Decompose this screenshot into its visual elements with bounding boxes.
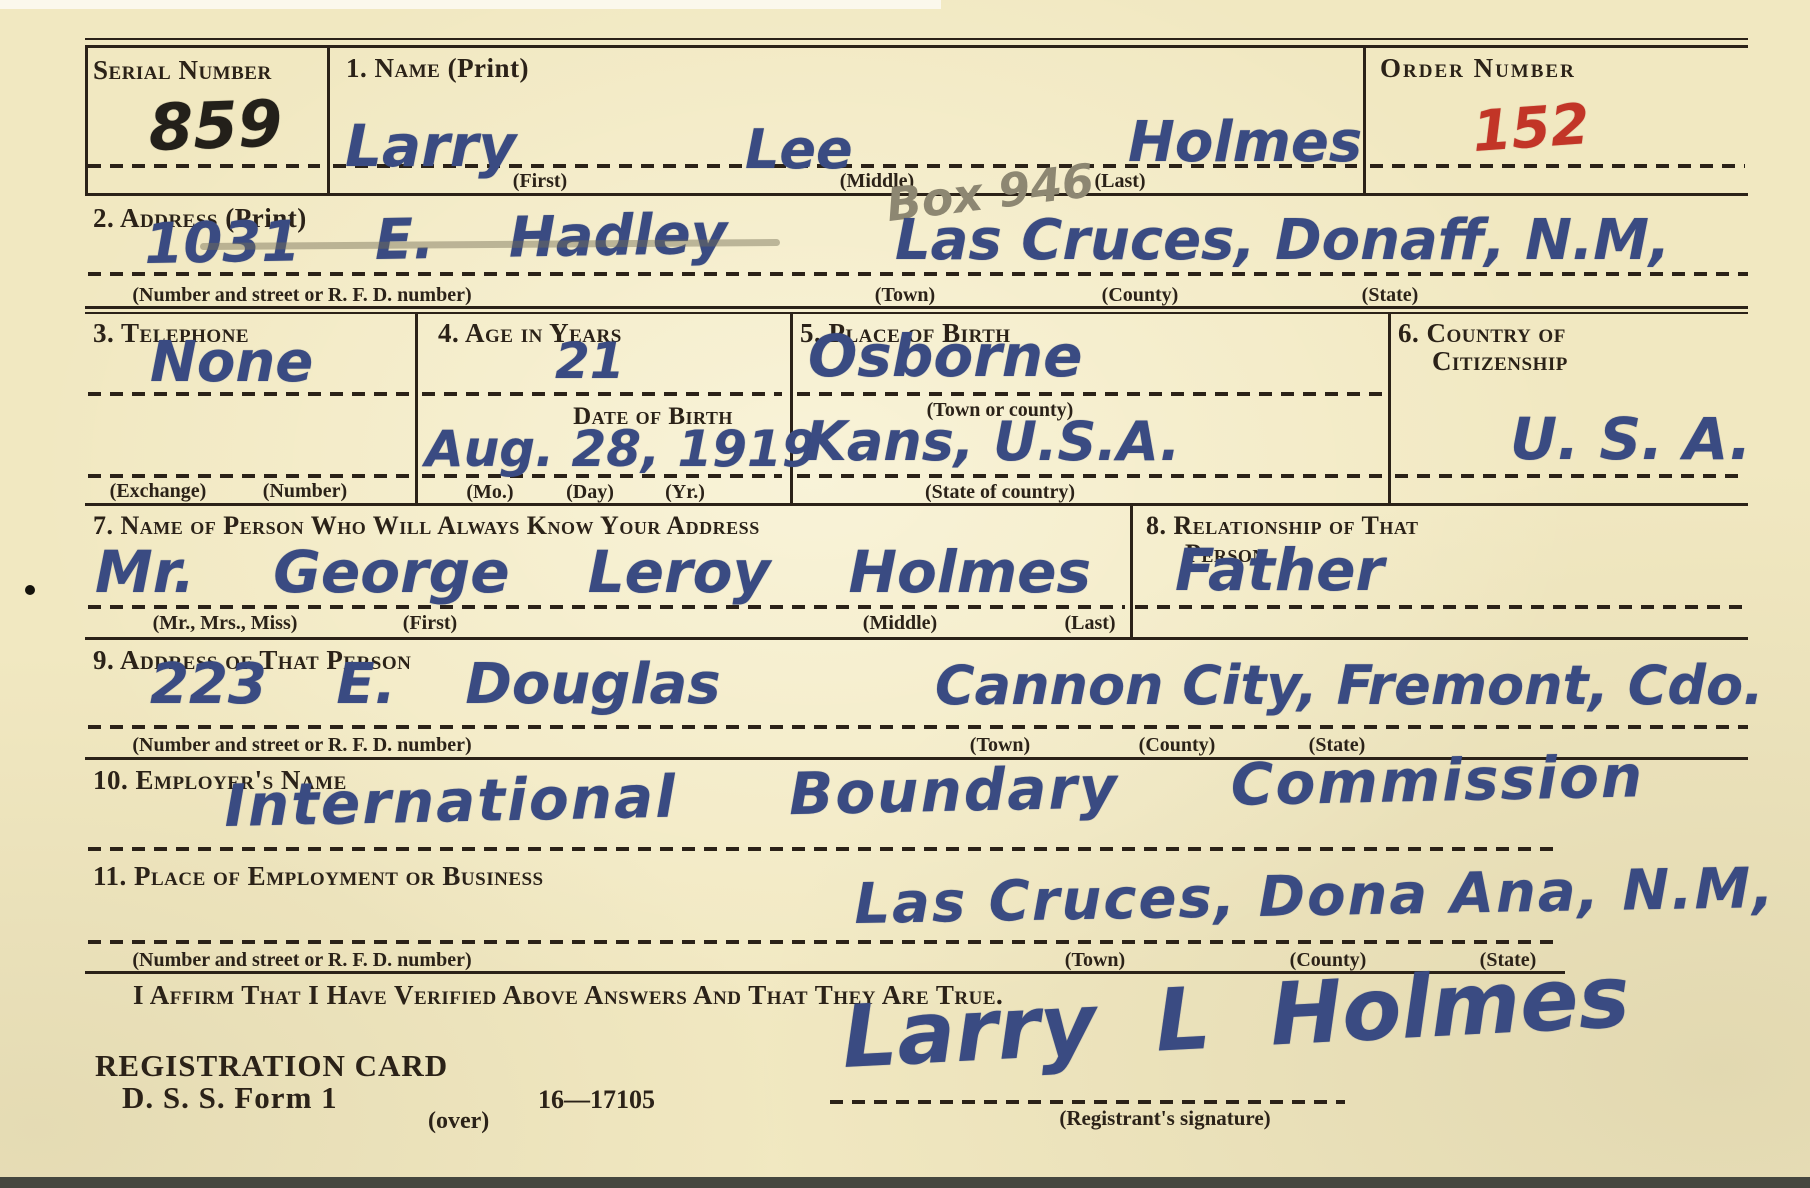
name-field-label: 1. Name (Print): [346, 53, 529, 84]
relationship-fill-line: [1135, 605, 1745, 609]
employment-place-field-number: 11.: [93, 861, 127, 891]
contact-field-label: 7. Name of Person Who Will Always Know Y…: [93, 511, 760, 541]
citizenship-value: U. S. A.: [1510, 405, 1751, 473]
serial-number-label: Serial Number: [93, 55, 272, 86]
birthdate-sub-year: (Yr.): [665, 481, 705, 504]
contact-name-value: Mr. George Leroy Holmes: [95, 538, 1091, 606]
contact-address-street-value: 223 E. Douglas: [150, 652, 721, 717]
address-field-number: 2.: [93, 203, 114, 233]
citizenship-field-number: 6.: [1398, 318, 1419, 348]
employer-field-number: 10.: [93, 765, 128, 795]
over-note: (over): [428, 1108, 489, 1135]
name-sub-first: (First): [513, 170, 567, 193]
employment-place-fill-line: [88, 940, 1558, 944]
top-double-rule-1: [85, 38, 1748, 40]
birthdate-value: Aug. 28, 1919: [425, 420, 817, 478]
birthplace-sub-state: (State of country): [925, 481, 1075, 504]
age-fill-line: [422, 392, 782, 396]
telephone-field-number: 3.: [93, 318, 114, 348]
name-field-number: 1.: [346, 53, 367, 83]
citizenship-fill-line: [1395, 474, 1745, 478]
address-town-county-state-value: Las Cruces, Donaff, N.M,: [895, 208, 1670, 273]
row7-bottom-rule: [85, 637, 1748, 640]
contact-sub-title: (Mr., Mrs., Miss): [153, 612, 298, 635]
birthplace-town-fill-line: [797, 392, 1382, 396]
name-order-divider: [1363, 45, 1366, 193]
telephone-sub-number: (Number): [263, 480, 347, 503]
citizenship-field-label-line1: 6. Country of: [1398, 318, 1566, 349]
print-code: 16—17105: [538, 1085, 655, 1115]
contact-address-town-county-state-value: Cannon City, Fremont, Cdo.: [935, 654, 1764, 717]
name-last-value: Holmes: [1128, 110, 1362, 175]
age-field-number: 4.: [438, 318, 459, 348]
telephone-sub-exchange: (Exchange): [110, 480, 207, 503]
address-sub-town: (Town): [875, 284, 935, 307]
relationship-value: Father: [1175, 536, 1384, 604]
contact-field-text: Name of Person Who Will Always Know Your…: [121, 511, 760, 540]
ink-dot: [25, 585, 35, 595]
employment-place-value: Las Cruces, Dona Ana, N.M,: [854, 856, 1776, 937]
birthplace-state-fill-line: [797, 474, 1382, 478]
employment-place-sub-street: (Number and street or R. F. D. number): [132, 949, 471, 972]
contact-sub-first: (First): [403, 612, 457, 635]
serial-fill-line: [88, 164, 320, 168]
birthdate-sub-day: (Day): [566, 481, 614, 504]
contact-sub-last: (Last): [1064, 612, 1115, 635]
address-sub-street: (Number and street or R. F. D. number): [132, 284, 471, 307]
contact-address-field-number: 9.: [93, 645, 114, 675]
name-first-value: Larry: [345, 112, 516, 180]
scan-top-edge: [0, 0, 941, 9]
age-value: 21: [555, 332, 625, 390]
telephone-fill-line-2: [88, 474, 410, 478]
employment-place-field-text: Place of Employment or Business: [134, 861, 544, 891]
registration-card-title: REGISTRATION CARD: [95, 1048, 448, 1084]
serial-name-divider: [327, 45, 330, 193]
telephone-value: None: [150, 330, 313, 395]
address-sub-state: (State): [1362, 284, 1419, 307]
order-number-label: Order Number: [1380, 53, 1576, 84]
contact-address-sub-street: (Number and street or R. F. D. number): [132, 734, 471, 757]
address-sub-county: (County): [1102, 284, 1179, 307]
row1-left-border: [85, 45, 88, 193]
birthplace-state-value: Kans, U.S.A.: [805, 410, 1180, 473]
birthplace-town-value: Osborne: [808, 322, 1082, 390]
employer-fill-line: [88, 847, 1555, 851]
signature-sub-label: (Registrant's signature): [1059, 1106, 1270, 1131]
signature-fill-line: [830, 1100, 1345, 1104]
registrant-signature: Larry L Holmes: [840, 947, 1632, 1088]
scan-bottom-edge: [0, 1177, 1810, 1188]
telephone-age-divider: [415, 312, 418, 503]
form-number: D. S. S. Form 1: [122, 1080, 338, 1116]
name-field-text: Name: [375, 53, 441, 83]
registration-card: Serial Number 1. Name (Print) Order Numb…: [0, 0, 1810, 1188]
row2-double-rule-2: [85, 312, 1748, 314]
order-number-value: 152: [1470, 92, 1591, 165]
employment-place-field-label: 11. Place of Employment or Business: [93, 861, 544, 892]
name-middle-value: Lee: [745, 118, 853, 181]
name-field-suffix: (Print): [448, 53, 529, 83]
citizenship-field-label-line2: Citizenship: [1432, 346, 1568, 377]
order-fill-line: [1370, 164, 1745, 168]
row3-bottom-rule: [85, 503, 1748, 506]
top-double-rule-2: [85, 45, 1748, 48]
contact-sub-middle: (Middle): [863, 612, 937, 635]
serial-number-value: 859: [147, 87, 283, 166]
employment-place-sub-town: (Town): [1065, 949, 1125, 972]
birthdate-sub-month: (Mo.): [466, 481, 513, 504]
contact-field-number: 7.: [93, 511, 114, 540]
contact-address-fill-line: [88, 725, 1748, 729]
citizenship-field-text1: Country of: [1427, 318, 1566, 348]
contact-address-sub-town: (Town): [970, 734, 1030, 757]
contact-relationship-divider: [1130, 503, 1133, 637]
birthplace-citizenship-divider: [1388, 312, 1391, 503]
relationship-field-number: 8.: [1146, 511, 1167, 540]
